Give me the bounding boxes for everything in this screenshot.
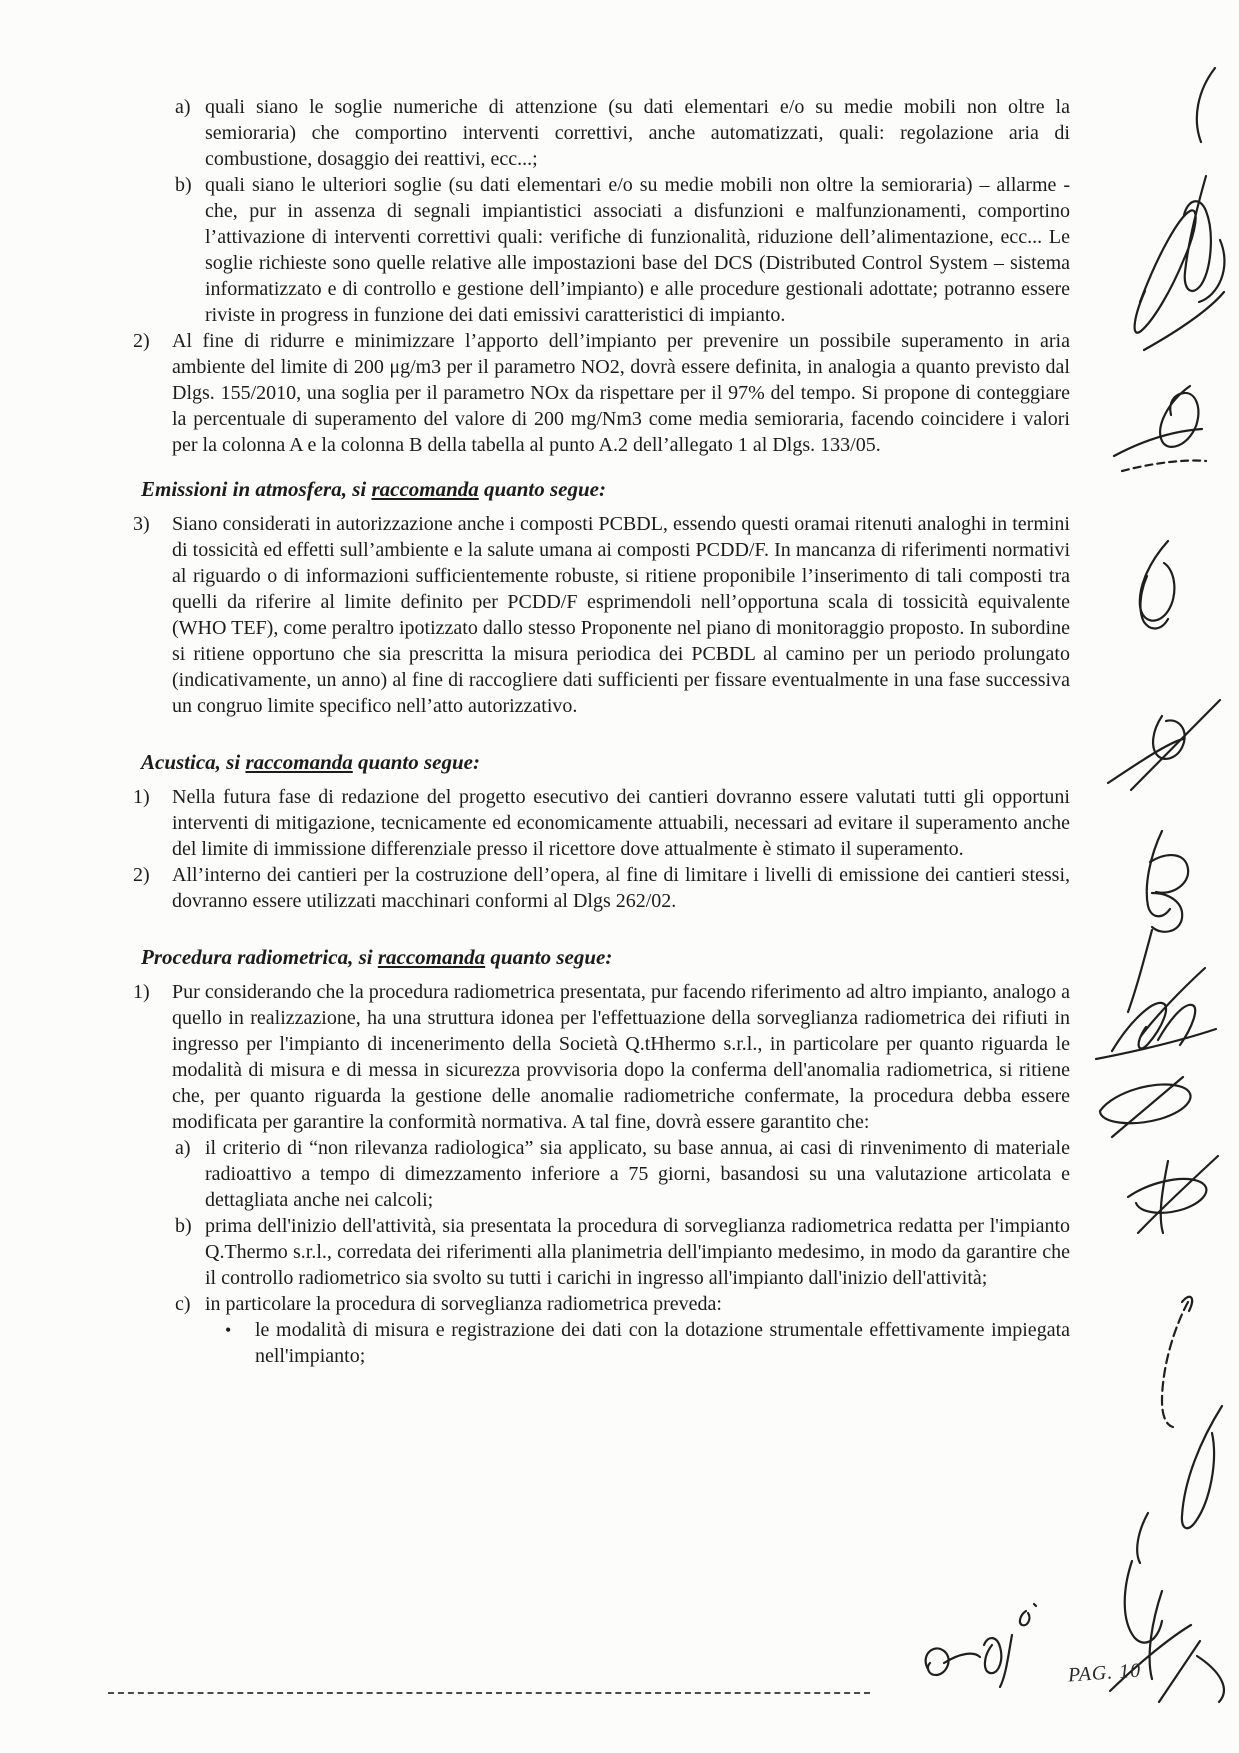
list-marker: a) bbox=[175, 94, 205, 120]
list-text: Al fine di ridurre e minimizzare l’appor… bbox=[172, 328, 1070, 458]
acustica-item-2: 2) All’interno dei cantieri per la costr… bbox=[133, 862, 1070, 914]
list-marker: 1) bbox=[133, 979, 172, 1005]
list-text: quali siano le ulteriori soglie (su dati… bbox=[205, 172, 1070, 328]
list-item-b: b) quali siano le ulteriori soglie (su d… bbox=[175, 172, 1070, 328]
heading-underlined-word: raccomanda bbox=[245, 750, 352, 774]
heading-prefix: Acustica, si bbox=[141, 750, 245, 774]
page-number-label: PAG. 10 bbox=[1067, 1659, 1142, 1687]
heading-suffix: quanto segue: bbox=[485, 945, 612, 969]
footer-dashed-line bbox=[108, 1692, 870, 1694]
list-marker: a) bbox=[175, 1135, 205, 1161]
list-text: Nella futura fase di redazione del proge… bbox=[172, 784, 1070, 862]
numbered-item-2: 2) Al fine di ridurre e minimizzare l’ap… bbox=[133, 328, 1070, 458]
heading-emissioni: Emissioni in atmosfera, si raccomanda qu… bbox=[141, 474, 1070, 504]
list-marker: 3) bbox=[133, 511, 172, 537]
heading-prefix: Emissioni in atmosfera, si bbox=[141, 477, 371, 501]
bullet-item: • le modalità di misura e registrazione … bbox=[225, 1317, 1070, 1369]
heading-suffix: quanto segue: bbox=[479, 477, 606, 501]
scanned-document-page: a) quali siano le soglie numeriche di at… bbox=[0, 0, 1239, 1753]
list-marker: c) bbox=[175, 1291, 205, 1317]
radiometrica-sub-a: a) il criterio di “non rilevanza radiolo… bbox=[175, 1135, 1070, 1213]
heading-prefix: Procedura radiometrica, si bbox=[141, 945, 378, 969]
list-text: quali siano le soglie numeriche di atten… bbox=[205, 94, 1070, 172]
radiometrica-item-1: 1) Pur considerando che la procedura rad… bbox=[133, 979, 1070, 1135]
list-text: All’interno dei cantieri per la costruzi… bbox=[172, 862, 1070, 914]
list-marker: b) bbox=[175, 1213, 205, 1239]
list-marker: 2) bbox=[133, 328, 172, 354]
list-item-a: a) quali siano le soglie numeriche di at… bbox=[175, 94, 1070, 172]
numbered-item-3: 3) Siano considerati in autorizzazione a… bbox=[133, 511, 1070, 719]
list-text: Pur considerando che la procedura radiom… bbox=[172, 979, 1070, 1135]
list-text: prima dell'inizio dell'attività, sia pre… bbox=[205, 1213, 1070, 1291]
heading-suffix: quanto segue: bbox=[353, 750, 480, 774]
list-text: in particolare la procedura di sorveglia… bbox=[205, 1291, 1070, 1317]
heading-acustica: Acustica, si raccomanda quanto segue: bbox=[141, 747, 1070, 777]
heading-radiometrica: Procedura radiometrica, si raccomanda qu… bbox=[141, 942, 1070, 972]
radiometrica-sub-c: c) in particolare la procedura di sorveg… bbox=[175, 1291, 1070, 1317]
document-body: a) quali siano le soglie numeriche di at… bbox=[0, 0, 1239, 1369]
radiometrica-sub-b: b) prima dell'inizio dell'attività, sia … bbox=[175, 1213, 1070, 1291]
bullet-marker: • bbox=[225, 1317, 255, 1343]
list-marker: 1) bbox=[133, 784, 172, 810]
heading-underlined-word: raccomanda bbox=[371, 477, 478, 501]
acustica-item-1: 1) Nella futura fase di redazione del pr… bbox=[133, 784, 1070, 862]
heading-underlined-word: raccomanda bbox=[378, 945, 485, 969]
list-text: Siano considerati in autorizzazione anch… bbox=[172, 511, 1070, 719]
list-marker: b) bbox=[175, 172, 205, 198]
list-marker: 2) bbox=[133, 862, 172, 888]
list-text: il criterio di “non rilevanza radiologic… bbox=[205, 1135, 1070, 1213]
list-text: le modalità di misura e registrazione de… bbox=[255, 1317, 1070, 1369]
